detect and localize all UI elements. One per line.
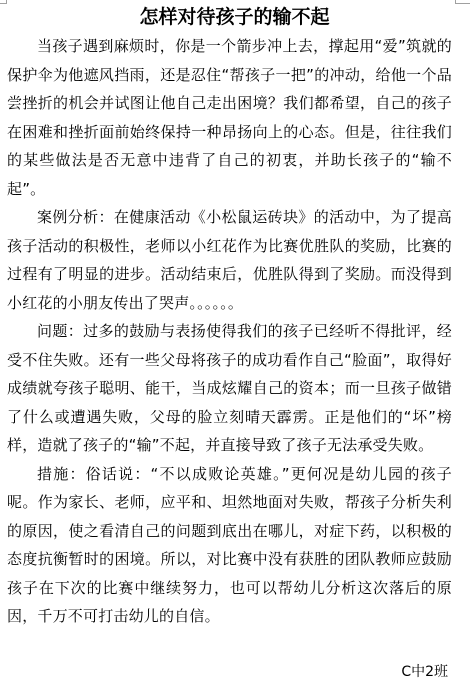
paragraph-case-analysis: 案例分析：在健康活动《小松鼠运砖块》的活动中，为了提高孩子活动的积极性，老师以小…	[7, 203, 452, 317]
document-page: 怎样对待孩子的输不起 当孩子遇到麻烦时，你是一个箭步冲上去，撑起用“爱”筑就的保…	[7, 6, 452, 631]
paragraph-problem: 问题：过多的鼓励与表扬使得我们的孩子已经听不得批评，经受不住失败。还有一些父母将…	[7, 317, 452, 460]
page-corner-mark-top-left	[0, 0, 7, 4]
document-title: 怎样对待孩子的输不起	[7, 6, 452, 28]
paragraph-intro: 当孩子遇到麻烦时，你是一个箭步冲上去，撑起用“爱”筑就的保护伞为他遮风挡雨，还是…	[7, 32, 452, 203]
paragraph-measures: 措施：俗话说：“不以成败论英雄。”更何况是幼儿园的孩子呢。作为家长、老师，应平和…	[7, 460, 452, 631]
page-corner-mark-top-right	[455, 0, 470, 4]
class-signature: C中2班	[401, 662, 448, 682]
